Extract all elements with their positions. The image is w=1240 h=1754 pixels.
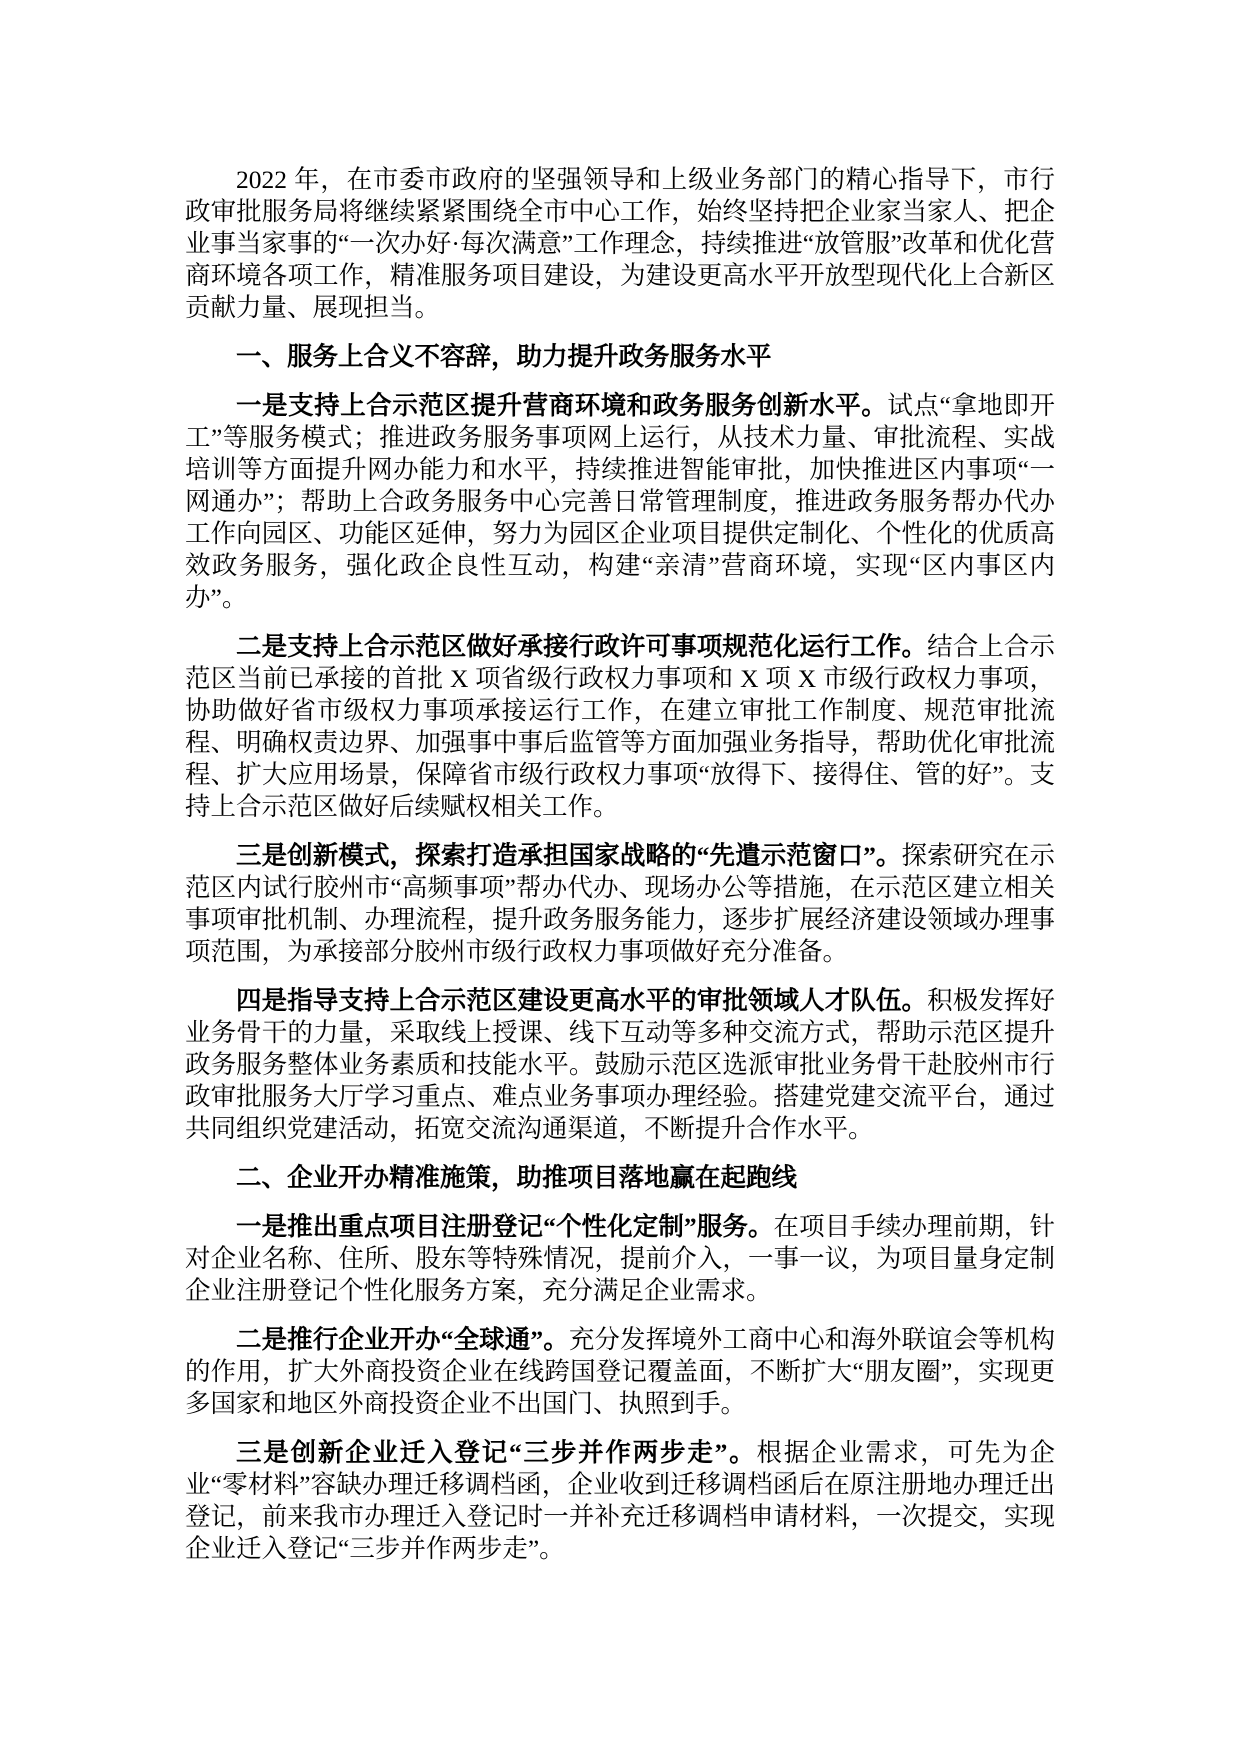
section-1-paragraph-2: 二是支持上合示范区做好承接行政许可事项规范化运行工作。结合上合示范区当前已承接的…	[185, 631, 1055, 823]
paragraph-lead: 三是创新企业迁入登记“三步并作两步走”。	[236, 1438, 756, 1467]
paragraph-lead: 一是支持上合示范区提升营商环境和政务服务创新水平。	[236, 391, 887, 420]
paragraph-lead: 四是指导支持上合示范区建设更高水平的审批领域人才队伍。	[236, 986, 927, 1015]
paragraph-lead: 一是推出重点项目注册登记“个性化定制”服务。	[236, 1212, 774, 1241]
section-1-paragraph-3: 三是创新模式，探索打造承担国家战略的“先遣示范窗口”。探索研究在示范区内试行胶州…	[185, 840, 1055, 968]
section-1-paragraph-4: 四是指导支持上合示范区建设更高水平的审批领域人才队伍。积极发挥好业务骨干的力量，…	[185, 985, 1055, 1145]
paragraph-lead: 三是创新模式，探索打造承担国家战略的“先遣示范窗口”。	[236, 841, 902, 870]
paragraph-lead: 二是推行企业开办“全球通”。	[236, 1325, 569, 1354]
section-2-paragraph-3: 三是创新企业迁入登记“三步并作两步走”。根据企业需求，可先为企业“零材料”容缺办…	[185, 1437, 1055, 1565]
section-2-heading: 二、企业开办精准施策，助推项目落地赢在起跑线	[185, 1162, 1055, 1194]
section-2-paragraph-2: 二是推行企业开办“全球通”。充分发挥境外工商中心和海外联谊会等机构的作用，扩大外…	[185, 1324, 1055, 1420]
paragraph-lead: 二是支持上合示范区做好承接行政许可事项规范化运行工作。	[236, 632, 927, 661]
section-1-paragraph-1: 一是支持上合示范区提升营商环境和政务服务创新水平。试点“拿地即开工”等服务模式；…	[185, 390, 1055, 614]
document-page: 2022 年，在市委市政府的坚强领导和上级业务部门的精心指导下，市行政审批服务局…	[0, 0, 1240, 1754]
section-2-paragraph-1: 一是推出重点项目注册登记“个性化定制”服务。在项目手续办理前期，针对企业名称、住…	[185, 1211, 1055, 1307]
section-1-heading: 一、服务上合义不容辞，助力提升政务服务水平	[185, 341, 1055, 373]
paragraph-body: 试点“拿地即开工”等服务模式；推进政务服务事项网上运行，从技术力量、审批流程、实…	[185, 391, 1055, 612]
intro-text: 2022 年，在市委市政府的坚强领导和上级业务部门的精心指导下，市行政审批服务局…	[185, 165, 1055, 322]
intro-paragraph: 2022 年，在市委市政府的坚强领导和上级业务部门的精心指导下，市行政审批服务局…	[185, 164, 1055, 324]
